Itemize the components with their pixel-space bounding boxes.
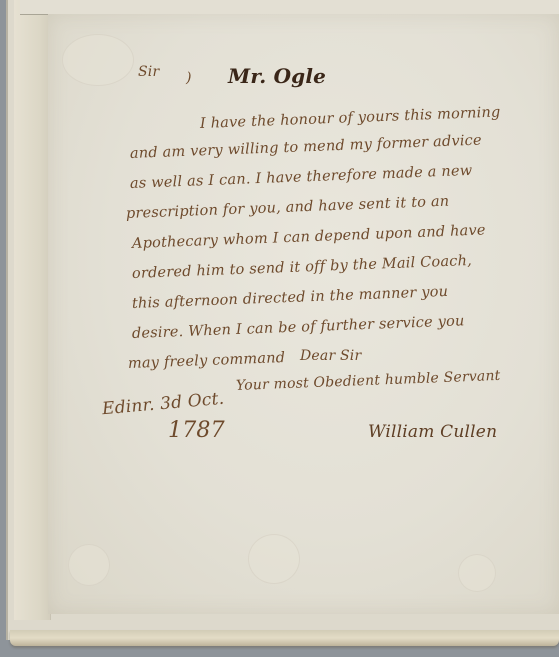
top-fold-edge <box>20 0 559 15</box>
salutation: Sir <box>138 64 159 80</box>
paper-stain <box>458 554 496 592</box>
signature: William Cullen <box>368 422 497 442</box>
letter-sheet <box>48 14 559 614</box>
closing-salutation: Dear Sir <box>300 348 361 364</box>
paper-stain <box>248 534 300 584</box>
bottom-paper-edge <box>10 630 559 646</box>
year: 1787 <box>168 418 225 443</box>
paper-stain <box>62 34 134 86</box>
salutation-paren: ) <box>186 70 192 86</box>
recipient-annotation: Mr. Ogle <box>228 64 326 88</box>
binding-strip <box>14 0 51 620</box>
paper-stain <box>68 544 110 586</box>
